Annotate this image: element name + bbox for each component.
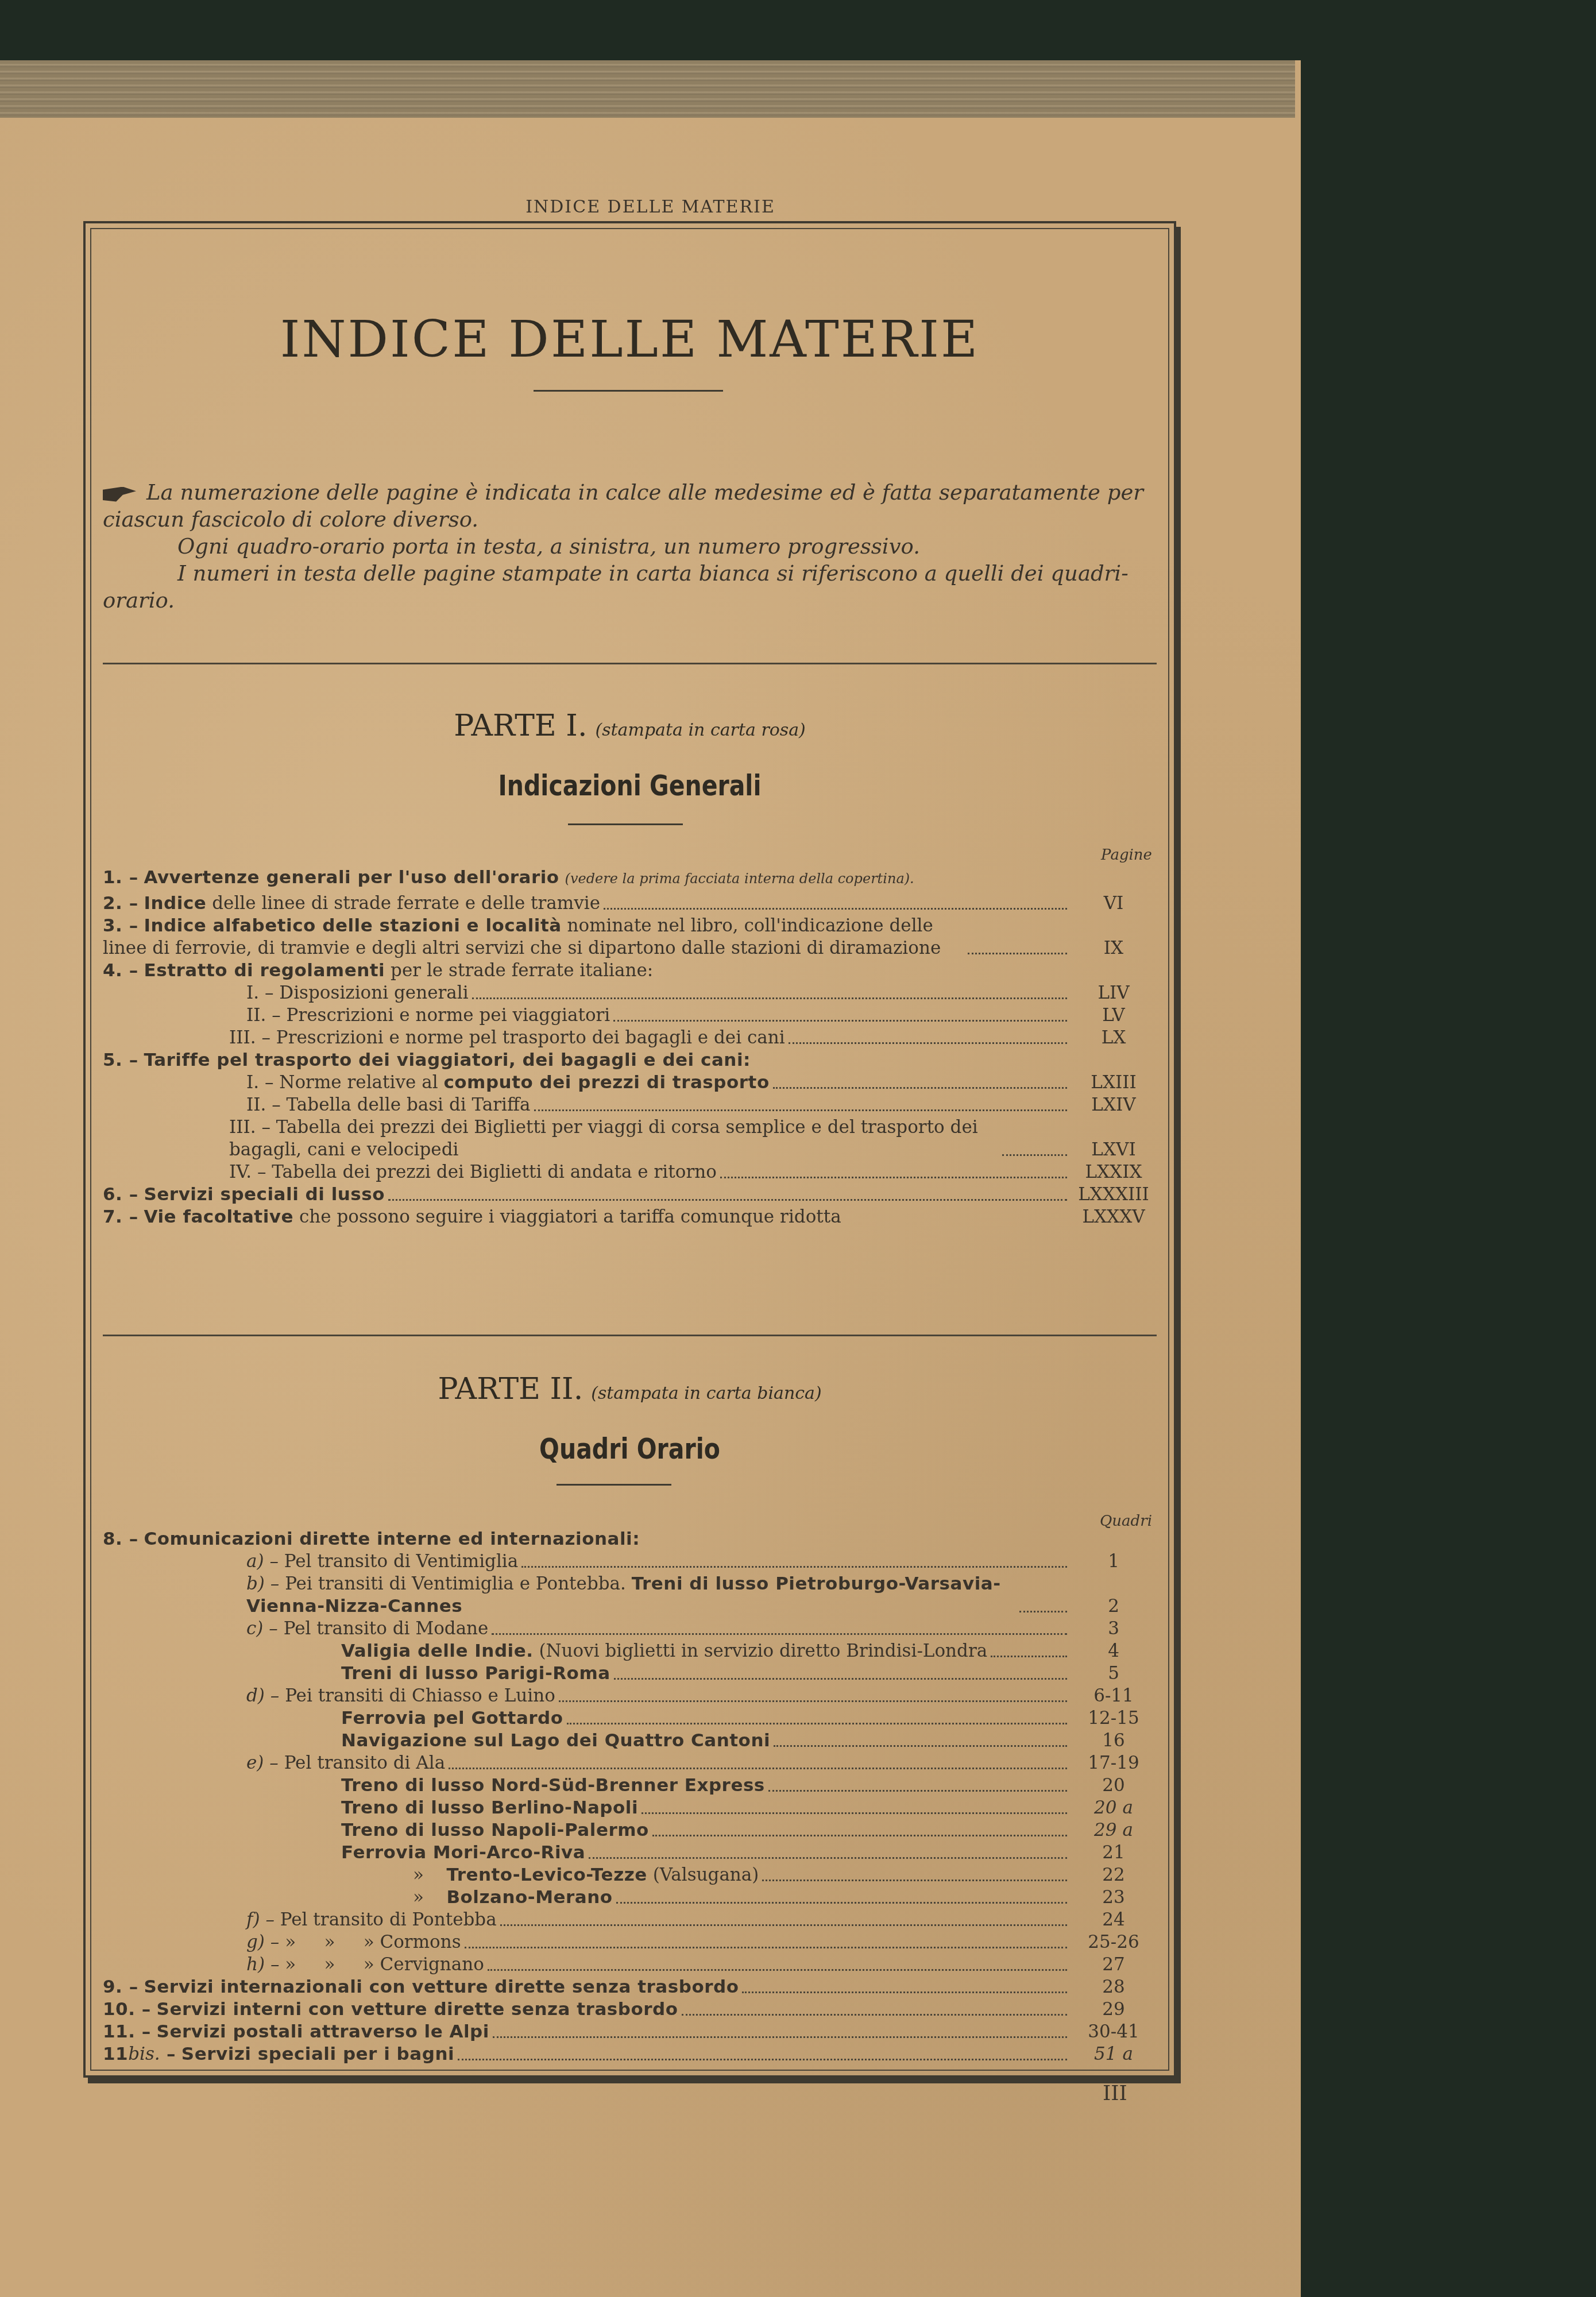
leader-dots [449,1768,1067,1769]
quadro-ref: 23 [1071,1886,1157,1909]
part2-column-label: Quadri [1100,1513,1152,1530]
toc-subentry-gottardo[interactable]: Ferrovia pel Gottardo 12-15 [103,1707,1157,1730]
quadro-ref: 5 [1071,1662,1157,1685]
toc-entry-11[interactable]: 11. – Servizi postali attraverso le Alpi… [103,2021,1157,2043]
page-number: III [1103,2082,1127,2105]
leader-dots [493,2036,1067,2038]
quadro-ref: 3 [1071,1618,1157,1640]
leader-dots [488,1969,1067,1971]
quadro-ref: 28 [1071,1976,1157,1998]
leader-dots [1002,1154,1067,1156]
leader-dots [492,1633,1067,1635]
toc-subentry-8e[interactable]: e) – Pel transito di Ala 17-19 [103,1752,1157,1774]
page-ref: LXIV [1071,1094,1157,1116]
toc-subentry-5-2[interactable]: II. – Tabella delle basi di Tariffa LXIV [103,1094,1157,1116]
note-paragraph-3: I numeri in testa delle pagine stampate … [103,560,1157,614]
quadro-ref: 20 [1071,1774,1157,1797]
introductory-note: La numerazione delle pagine è indicata i… [103,479,1157,614]
leader-dots [604,908,1067,910]
document-page: INDICE DELLE MATERIE INDICE DELLE MATERI… [0,60,1301,2297]
toc-subentry-valigia-indie[interactable]: Valigia delle Indie. (Nuovi biglietti in… [103,1640,1157,1662]
leader-dots [559,1700,1067,1702]
page-ref: LX [1071,1027,1157,1049]
leader-dots [521,1566,1067,1568]
toc-subentry-napoli-palermo[interactable]: Treno di lusso Napoli-Palermo 29 a [103,1819,1157,1842]
note-divider [103,663,1157,664]
running-head: INDICE DELLE MATERIE [0,197,1301,217]
toc-subentry-8h[interactable]: h) – » » » Cervignano 27 [103,1954,1157,1976]
leader-dots [991,1656,1067,1657]
toc-subentry-5-4[interactable]: IV. – Tabella dei prezzi dei Biglietti d… [103,1161,1157,1184]
part1-column-label: Pagine [1101,846,1152,864]
quadro-ref: 22 [1071,1864,1157,1886]
leader-dots [1019,1611,1067,1612]
quadro-ref: 2 [1071,1595,1157,1618]
page-ref: IX [1071,937,1157,960]
toc-subentry-bolzano-merano[interactable]: » Bolzano-Merano 23 [103,1886,1157,1909]
toc-subentry-5-3[interactable]: III. – Tabella dei prezzi dei Biglietti … [103,1116,1157,1161]
quadro-ref: 4 [1071,1640,1157,1662]
toc-subentry-5-1[interactable]: I. – Norme relative al computo dei prezz… [103,1072,1157,1094]
part1-title-rule [568,823,683,825]
quadro-ref: 30-41 [1071,2021,1157,2043]
part2-heading: PARTE II.(stampata in carta bianca) [86,1372,1174,1406]
leader-dots [652,1835,1067,1836]
toc-entry-11bis[interactable]: 11bis. – Servizi speciali per i bagni 51… [103,2043,1157,2066]
toc-subentry-quattro-cantoni[interactable]: Navigazione sul Lago dei Quattro Cantoni… [103,1730,1157,1752]
page-title: INDICE DELLE MATERIE [86,310,1174,369]
toc-subentry-mori-arco-riva[interactable]: Ferrovia Mori-Arco-Riva 21 [103,1842,1157,1864]
page-ref: VI [1071,892,1157,915]
toc-subentry-8f[interactable]: f) – Pel transito di Pontebba 24 [103,1909,1157,1931]
page-ref: LXVI [1071,1139,1157,1161]
toc-entry-4[interactable]: 4. – Estratto di regolamenti per le stra… [103,960,1157,982]
part1-toc: 1. – Avvertenze generali per l'uso dell'… [103,867,1157,1228]
quadro-ref: 21 [1071,1842,1157,1864]
toc-entry-1[interactable]: 1. – Avvertenze generali per l'uso dell'… [103,867,1157,890]
toc-entry-10[interactable]: 10. – Servizi interni con vetture dirett… [103,1998,1157,2021]
page-ref: LV [1071,1004,1157,1027]
toc-subentry-8a[interactable]: a) – Pel transito di Ventimiglia 1 [103,1550,1157,1573]
leader-dots [589,1857,1067,1859]
quadro-ref: 16 [1071,1730,1157,1752]
quadro-ref: 1 [1071,1550,1157,1573]
pointing-hand-icon [103,487,136,502]
page-ref: LXIII [1071,1072,1157,1094]
toc-subentry-8b[interactable]: b) – Pei transiti di Ventimiglia e Ponte… [103,1573,1157,1618]
quadro-ref: 6-11 [1071,1685,1157,1707]
leader-dots [720,1177,1067,1178]
quadro-ref: 24 [1071,1909,1157,1931]
leader-dots [789,1042,1067,1044]
part2-section-title: Quadri Orario [184,1432,1076,1465]
toc-subentry-berlino-napoli[interactable]: Treno di lusso Berlino-Napoli 20 a [103,1797,1157,1819]
quadro-ref: 29 [1071,1998,1157,2021]
leader-dots [472,997,1067,999]
leader-dots [616,1902,1067,1904]
toc-subentry-parigi-roma[interactable]: Treni di lusso Parigi-Roma 5 [103,1662,1157,1685]
toc-subentry-brenner-express[interactable]: Treno di lusso Nord-Süd-Brenner Express … [103,1774,1157,1797]
leader-dots [774,1745,1067,1747]
page-ref: LXXXV [1071,1206,1157,1228]
part1-heading: PARTE I.(stampata in carta rosa) [86,709,1174,743]
leader-dots [613,1020,1067,1022]
note-paragraph-1: La numerazione delle pagine è indicata i… [103,479,1157,533]
toc-entry-7[interactable]: 7. – Vie facoltative che possono seguire… [103,1206,1157,1228]
toc-subentry-8c[interactable]: c) – Pel transito di Modane 3 [103,1618,1157,1640]
page-stack-edge [0,60,1295,118]
leader-dots [642,1812,1067,1814]
title-rule [534,390,723,392]
leader-dots [567,1723,1067,1724]
quadro-ref: 20 a [1071,1797,1157,1819]
toc-subentry-8d[interactable]: d) – Pei transiti di Chiasso e Luino 6-1… [103,1685,1157,1707]
toc-subentry-8g[interactable]: g) – » » » Cormons 25-26 [103,1931,1157,1954]
page-ref: LXXXIII [1071,1184,1157,1206]
toc-subentry-4-1[interactable]: I. – Disposizioni generali LIV [103,982,1157,1004]
toc-entry-9[interactable]: 9. – Servizi internazionali con vetture … [103,1976,1157,1998]
toc-entry-2[interactable]: 2. – Indice delle linee di strade ferrat… [103,892,1157,915]
toc-subentry-trento-levico[interactable]: » Trento-Levico-Tezze (Valsugana) 22 [103,1864,1157,1886]
quadro-ref: 12-15 [1071,1707,1157,1730]
page-ref: LXXIX [1071,1161,1157,1184]
leader-dots [465,1947,1067,1948]
leader-dots [773,1087,1067,1089]
quadro-ref: 27 [1071,1954,1157,1976]
leader-dots [534,1109,1068,1111]
part1-section-title: Indicazioni Generali [184,769,1076,802]
quadro-ref: 29 a [1071,1819,1157,1842]
toc-entry-6[interactable]: 6. – Servizi speciali di lusso LXXXIII [103,1184,1157,1206]
part2-title-rule [557,1484,671,1486]
quadro-ref: 17-19 [1071,1752,1157,1774]
leader-dots [500,1924,1067,1926]
quadro-ref: 51 a [1071,2043,1157,2066]
leader-dots [682,2014,1067,2016]
leader-dots [614,1678,1067,1680]
part2-toc: 8. – Comunicazioni dirette interne ed in… [103,1528,1157,2066]
toc-entry-3[interactable]: 3. – Indice alfabetico delle stazioni e … [103,915,1157,960]
note-paragraph-2: Ogni quadro-orario porta in testa, a sin… [103,533,1157,560]
toc-entry-5[interactable]: 5. – Tariffe pel trasporto dei viaggiato… [103,1049,1157,1072]
quadro-ref: 25-26 [1071,1931,1157,1954]
toc-subentry-4-2[interactable]: II. – Prescrizioni e norme pei viaggiato… [103,1004,1157,1027]
toc-entry-8[interactable]: 8. – Comunicazioni dirette interne ed in… [103,1528,1157,1550]
page-ref: LIV [1071,982,1157,1004]
part1-divider [103,1335,1157,1336]
toc-subentry-4-3[interactable]: III. – Prescrizioni e norme pel trasport… [103,1027,1157,1049]
content-frame: INDICE DELLE MATERIE La numerazione dell… [83,221,1176,2078]
leader-dots [458,2059,1067,2060]
leader-dots [742,1991,1067,1993]
leader-dots [388,1199,1067,1201]
leader-dots [968,953,1067,954]
leader-dots [768,1790,1067,1792]
leader-dots [762,1880,1067,1881]
